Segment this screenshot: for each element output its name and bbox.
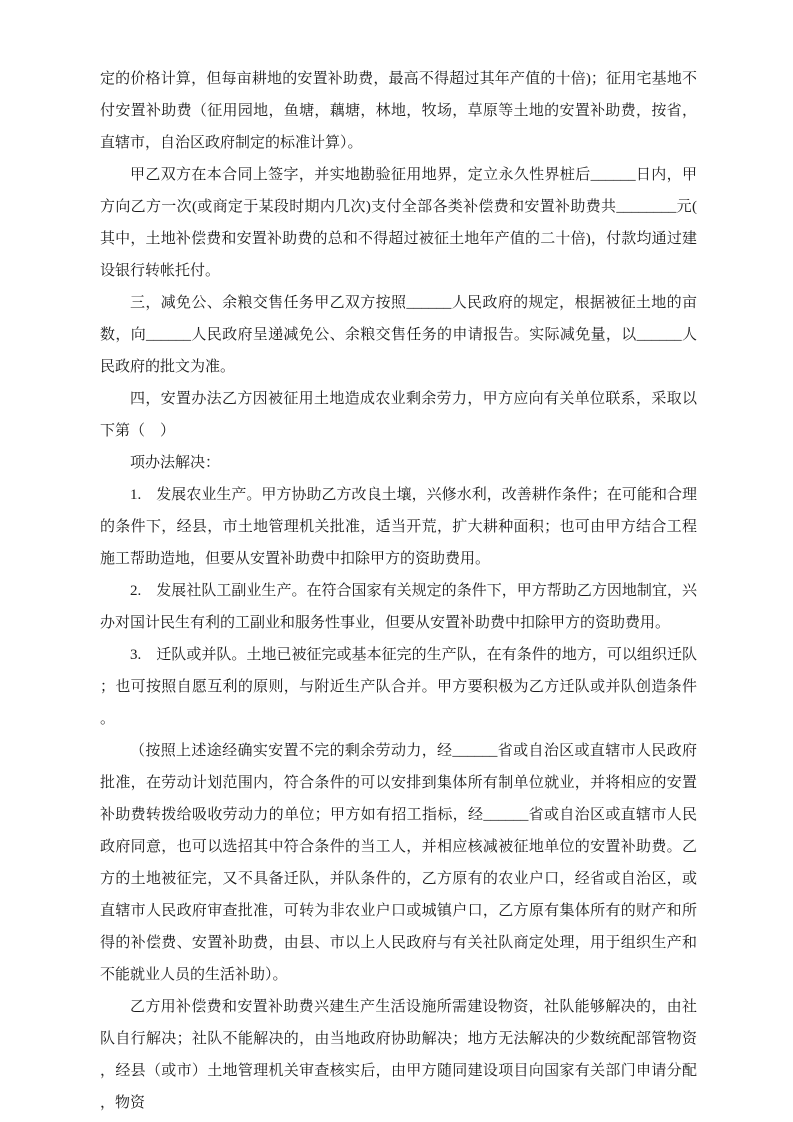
paragraph-method-label: 项办法解决：: [100, 447, 697, 479]
paragraph-payment-terms: 甲乙双方在本合同上签字，并实地勘验征用地界，定立永久性界桩后______日内，甲…: [100, 159, 697, 287]
paragraph-surplus-labor-note: （按照上述途经确实安置不完的剩余劳动力，经______省或自治区或直辖市人民政府…: [100, 735, 697, 991]
paragraph-section-4-resettlement-intro: 四，安置办法乙方因被征用土地造成农业剩余劳力，甲方应向有关单位联系，采取以下第（…: [100, 383, 697, 447]
list-item-3-team-relocation: 3. 迁队或并队。土地已被征完或基本征完的生产队，在有条件的地方，可以组织迁队；…: [100, 639, 697, 735]
document-page: 定的价格计算，但每亩耕地的安置补助费，最高不得超过其年产值的十倍)；征用宅基地不…: [0, 0, 793, 1122]
paragraph-construction-materials: 乙方用补偿费和安置补助费兴建生产生活设施所需建设物资，社队能够解决的，由社队自行…: [100, 991, 697, 1119]
paragraph-price-calculation: 定的价格计算，但每亩耕地的安置补助费，最高不得超过其年产值的十倍)；征用宅基地不…: [100, 63, 697, 159]
paragraph-section-3-grain-quota: 三，减免公、余粮交售任务甲乙双方按照______人民政府的规定，根据被征土地的亩…: [100, 287, 697, 383]
list-item-1-develop-agriculture: 1. 发展农业生产。甲方协助乙方改良土壤，兴修水利，改善耕作条件；在可能和合理的…: [100, 479, 697, 575]
list-item-2-sideline-production: 2. 发展社队工副业生产。在符合国家有关规定的条件下，甲方帮助乙方因地制宜，兴办…: [100, 575, 697, 639]
